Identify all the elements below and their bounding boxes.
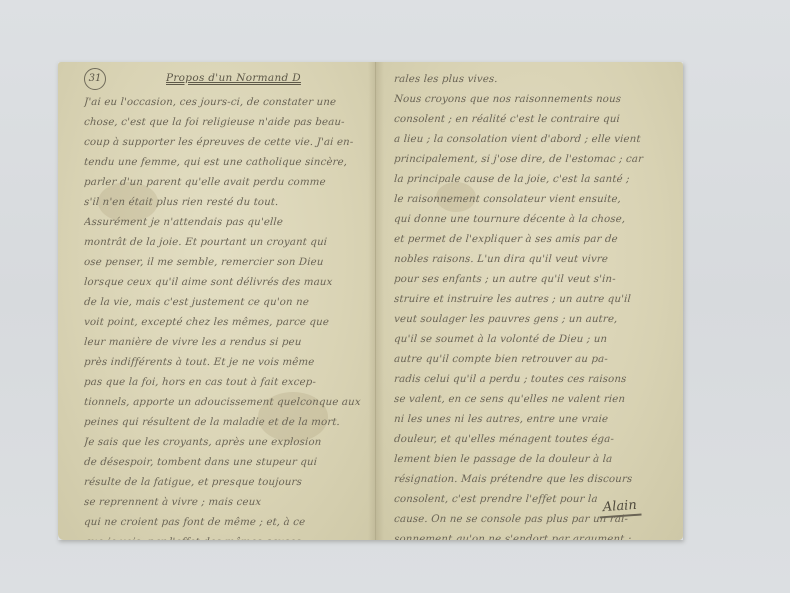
text-line: veut soulager les pauvres gens ; un autr…: [393, 310, 683, 330]
text-line: se valent, en ce sens qu'elles ne valent…: [393, 390, 683, 410]
text-line: ni les unes ni les autres, entre une vra…: [393, 410, 683, 430]
text-line: sonnement qu'on ne s'endort par argument…: [393, 530, 683, 540]
text-line: près indifférents à tout. Et je ne vois …: [83, 353, 374, 373]
text-line: douleur, et qu'elles ménagent toutes éga…: [393, 430, 683, 450]
text-line: pas que la foi, hors en cas tout à fait …: [83, 373, 374, 393]
text-line: qui ne croient pas font de même ; et, à …: [83, 513, 374, 533]
text-line: leur manière de vivre les a rendus si pe…: [83, 333, 374, 353]
text-line: la principale cause de la joie, c'est la…: [393, 170, 683, 190]
text-line: de la vie, mais c'est justement ce qu'on…: [83, 293, 374, 313]
text-line: peines qui résultent de la maladie et de…: [83, 413, 374, 433]
text-line: montrât de la joie. Et pourtant un croya…: [83, 233, 374, 253]
text-line: chose, c'est que la foi religieuse n'aid…: [83, 113, 374, 133]
text-line: et permet de l'expliquer à ses amis par …: [393, 230, 683, 250]
text-line: parler d'un parent qu'elle avait perdu c…: [83, 173, 374, 193]
text-line: Je sais que les croyants, après une expl…: [83, 433, 374, 453]
right-page: rales les plus vives. Nous croyons que n…: [376, 62, 683, 540]
text-line: struire et instruire les autres ; un aut…: [393, 290, 683, 310]
text-line: voit point, excepté chez les mêmes, parc…: [83, 313, 374, 333]
text-line: le raisonnement consolateur vient ensuit…: [393, 190, 683, 210]
text-line: Nous croyons que nos raisonnements nous: [393, 90, 683, 110]
text-line: que je vois, par l'effet des mêmes cause…: [83, 533, 374, 540]
text-line: radis celui qu'il a perdu ; toutes ces r…: [393, 370, 683, 390]
text-line: qu'il se soumet à la volonté de Dieu ; u…: [393, 330, 683, 350]
text-line: résignation. Mais prétendre que les disc…: [393, 470, 683, 490]
text-line: J'ai eu l'occasion, ces jours-ci, de con…: [83, 93, 374, 113]
left-page: 31 Propos d'un Normand D J'ai eu l'occas…: [58, 62, 376, 540]
text-line: de désespoir, tombent dans une stupeur q…: [83, 453, 374, 473]
text-line: Assurément je n'attendais pas qu'elle: [83, 213, 374, 233]
text-line: ose penser, il me semble, remercier son …: [83, 253, 374, 273]
text-line: lement bien le passage de la douleur à l…: [393, 450, 683, 470]
page-number: 31: [84, 68, 106, 90]
manuscript-sheet: 31 Propos d'un Normand D J'ai eu l'occas…: [58, 62, 683, 540]
text-line: se reprennent à vivre ; mais ceux: [83, 493, 374, 513]
text-line: coup à supporter les épreuves de cette v…: [83, 133, 374, 153]
text-line: pour ses enfants ; un autre qu'il veut s…: [393, 270, 683, 290]
text-line: rales les plus vives.: [393, 70, 683, 90]
right-page-text: rales les plus vives. Nous croyons que n…: [394, 70, 683, 540]
text-line: a lieu ; la consolation vient d'abord ; …: [393, 130, 683, 150]
left-page-text: J'ai eu l'occasion, ces jours-ci, de con…: [84, 93, 374, 540]
text-line: nobles raisons. L'un dira qu'il veut viv…: [393, 250, 683, 270]
text-line: s'il n'en était plus rien resté du tout.: [83, 193, 374, 213]
text-line: qui donne une tournure décente à la chos…: [393, 210, 683, 230]
text-line: consolent ; en réalité c'est le contrair…: [393, 110, 683, 130]
text-line: tionnels, apporte un adoucissement quelc…: [83, 393, 374, 413]
author-signature: Alain: [598, 498, 641, 519]
text-line: tendu une femme, qui est une catholique …: [83, 153, 374, 173]
text-line: autre qu'il compte bien retrouver au pa-: [393, 350, 683, 370]
text-line: principalement, si j'ose dire, de l'esto…: [393, 150, 683, 170]
letter-title: Propos d'un Normand D: [166, 72, 301, 84]
text-line: résulte de la fatigue, et presque toujou…: [83, 473, 374, 493]
text-line: lorsque ceux qu'il aime sont délivrés de…: [83, 273, 374, 293]
